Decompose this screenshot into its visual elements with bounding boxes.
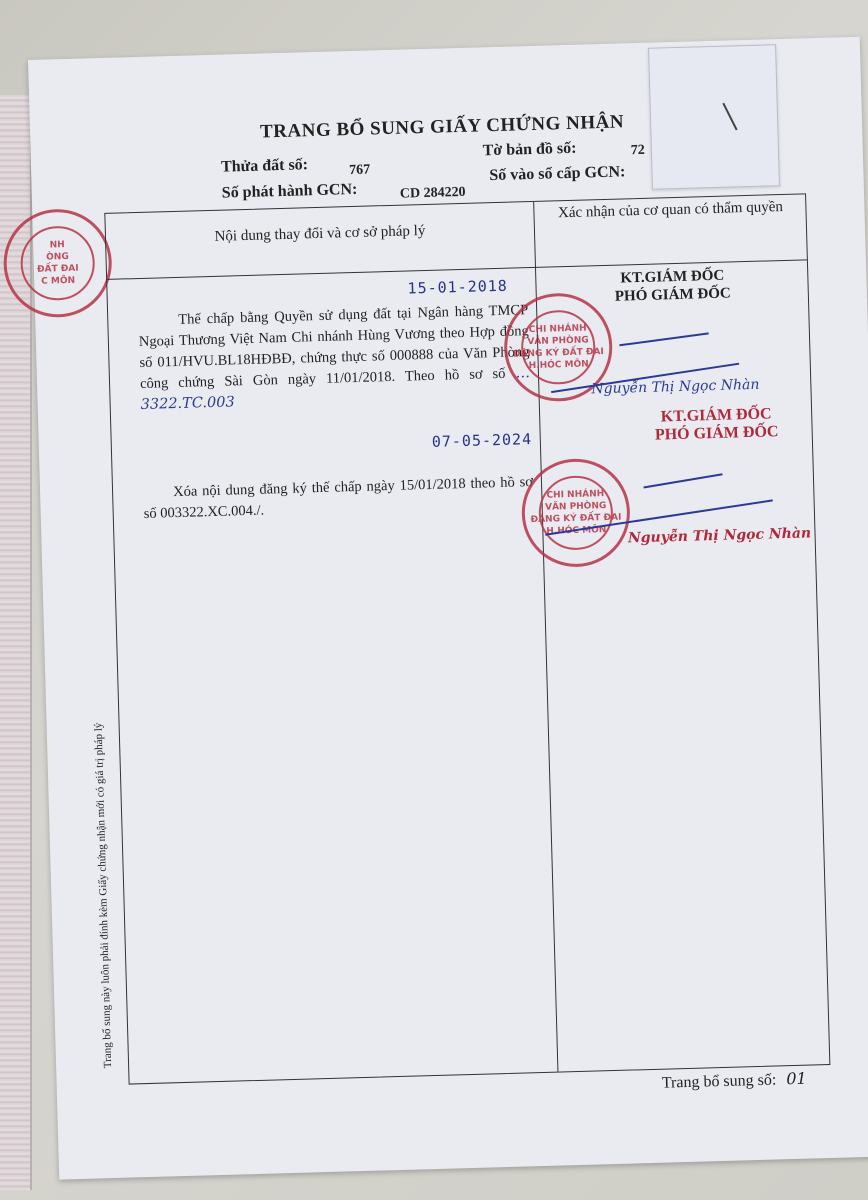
so-phat-hanh-label: Số phát hành GCN: <box>222 181 358 203</box>
signer-name: Nguyễn Thị Ngọc Nhàn <box>628 525 812 546</box>
thua-dat-label: Thửa đất số: <box>221 156 308 176</box>
seal-line: VĂN PHÒNG <box>527 334 589 348</box>
signoff-block: KT.GIÁM ĐỐC PHÓ GIÁM ĐỐC <box>537 264 808 308</box>
entry-date-stamp: 07-05-2024 <box>432 430 533 451</box>
stapled-paper-tab <box>648 44 780 190</box>
seal-line: NH <box>49 239 64 251</box>
signature-stroke <box>643 473 722 488</box>
to-ban-do-label: Tờ bản đồ số: <box>482 140 576 161</box>
staple-icon <box>722 103 737 131</box>
signer-name: Nguyễn Thị Ngọc Nhàn <box>591 377 759 398</box>
seal-line: ÒNG <box>46 251 69 264</box>
supplement-page: NH ÒNG ĐẤT ĐAI C MÔN TRANG BỔ SUNG GIẤY … <box>28 37 868 1180</box>
so-phat-hanh-value: CD 284220 <box>400 185 466 203</box>
footer-label: Trang bổ sung số: <box>662 1072 777 1092</box>
seal-line: CHI NHÁNH <box>546 488 604 502</box>
entry-text: Thế chấp bằng Quyền sử dụng đất tại Ngân… <box>138 300 531 416</box>
entry-date-stamp: 15-01-2018 <box>407 277 508 298</box>
supplement-page-number: Trang bổ sung số: 01 <box>662 1069 807 1093</box>
footer-value: 01 <box>786 1069 807 1089</box>
seal-line: VĂN PHÒNG <box>545 500 607 514</box>
seal-line: ĐẤT ĐAI <box>37 263 79 276</box>
header-authority-confirmation: Xác nhận của cơ quan có thẩm quyền <box>535 196 805 225</box>
header-content-changes: Nội dung thay đổi và cơ sở pháp lý <box>106 220 534 249</box>
seal-line: H.HÓC MÔN <box>529 358 589 372</box>
to-ban-do-value: 72 <box>631 143 645 159</box>
changes-table: Nội dung thay đổi và cơ sở pháp lý Xác n… <box>104 193 830 1084</box>
entry-body: Thế chấp bằng Quyền sử dụng đất tại Ngân… <box>139 302 530 392</box>
seal-line: ĐĂNG KÝ ĐẤT ĐAI <box>513 346 604 361</box>
thua-dat-value: 767 <box>349 162 370 179</box>
signoff-block: KT.GIÁM ĐỐC PHÓ GIÁM ĐỐC <box>581 403 852 447</box>
document-title: TRANG BỔ SUNG GIẤY CHỨNG NHẬN <box>260 111 625 143</box>
seal-line: CHI NHÁNH <box>529 323 587 337</box>
side-legal-note: Trang bổ sung này luôn phải đính kèm Giấ… <box>93 723 115 1069</box>
so-vao-so-label: Số vào sổ cấp GCN: <box>489 163 625 185</box>
entry-text: Xóa nội dung đăng ký thế chấp ngày 15/01… <box>143 472 534 525</box>
red-official-seal: CHI NHÁNH VĂN PHÒNG ĐĂNG KÝ ĐẤT ĐAI H.HÓ… <box>520 457 631 568</box>
entry-body: Xóa nội dung đăng ký thế chấp ngày 15/01… <box>143 474 533 522</box>
seal-line: C MÔN <box>41 275 75 288</box>
signature-stroke <box>619 332 708 346</box>
